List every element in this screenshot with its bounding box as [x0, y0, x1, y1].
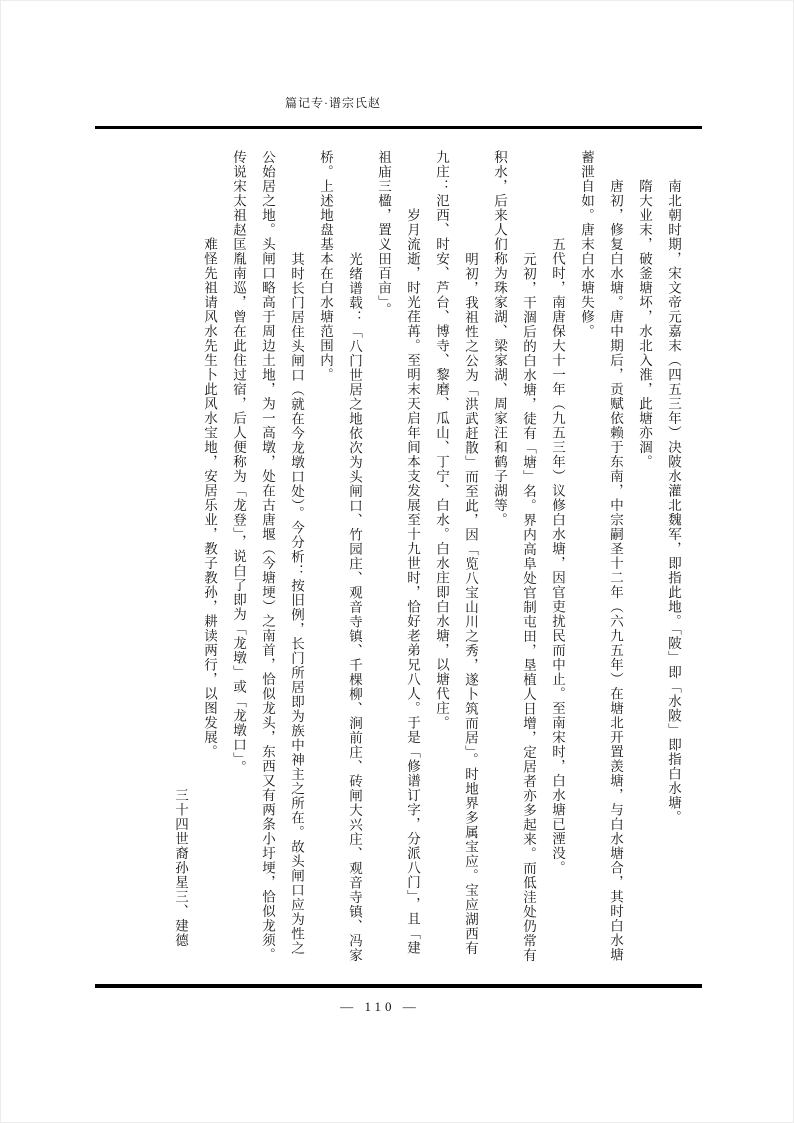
page-header-title: 篇记专·谱宗氏赵	[0, 94, 666, 111]
paragraph-9: 其时长门居住头闸口（就在今龙墩口处）。今分析：按旧例，长门所居即为族中神主之所在…	[224, 150, 311, 968]
paragraph-5: 元初，干涸后的白水塘，徒有「塘」名。界内高阜处官制屯田，垦植人日增，定居者亦多起…	[485, 150, 543, 968]
header-rule	[95, 126, 702, 129]
paragraph-7: 岁月流逝，时光荏苒。至明末天启年间本支发展至十九世时，恰好老弟兄八人。于是「修谱…	[369, 150, 427, 968]
document-page: 篇记专·谱宗氏赵 南北朝时期，宋文帝元嘉末（四五三年）决陂水灌北魏军，即指此地。…	[0, 0, 794, 1123]
paragraph-2: 隋大业末，破釜塘坏，水北入淮，此塘亦涸。	[630, 150, 659, 968]
page-number: — 110 —	[340, 999, 420, 1014]
paragraph-3: 唐初，修复白水塘。唐中期后，贡赋依赖于东南，中宗嗣圣十二年（六九五年）在塘北开置…	[572, 150, 630, 968]
paragraph-6: 明初，我祖性之公为「洪武赶散」而至此，因「览八宝山川之秀，遂卜筑而居」。时地界多…	[427, 150, 485, 968]
page-footer: — 110 —	[0, 999, 760, 1015]
footer-rule	[95, 984, 702, 988]
paragraph-1: 南北朝时期，宋文帝元嘉末（四五三年）决陂水灌北魏军，即指此地。「陂」即「水陂」即…	[659, 150, 688, 968]
paragraph-10: 难怪先祖请风水先生卜此风水宝地，安居乐业，教子教孙，耕读两行，以图发展。	[195, 150, 224, 968]
signature-line: 三十四世裔孙星三、建德	[166, 150, 195, 968]
paragraph-4: 五代时，南唐保大十一年（九五三年）议修白水塘，因官吏扰民而中止。至南宋时，白水塘…	[543, 150, 572, 968]
body-text: 南北朝时期，宋文帝元嘉末（四五三年）决陂水灌北魏军，即指此地。「陂」即「水陂」即…	[143, 150, 688, 968]
paragraph-8: 光绪谱载：「八门世居之地依次为头闸口、竹园庄、观音寺镇、千棵柳、涧前庄、砖闸大兴…	[311, 150, 369, 968]
